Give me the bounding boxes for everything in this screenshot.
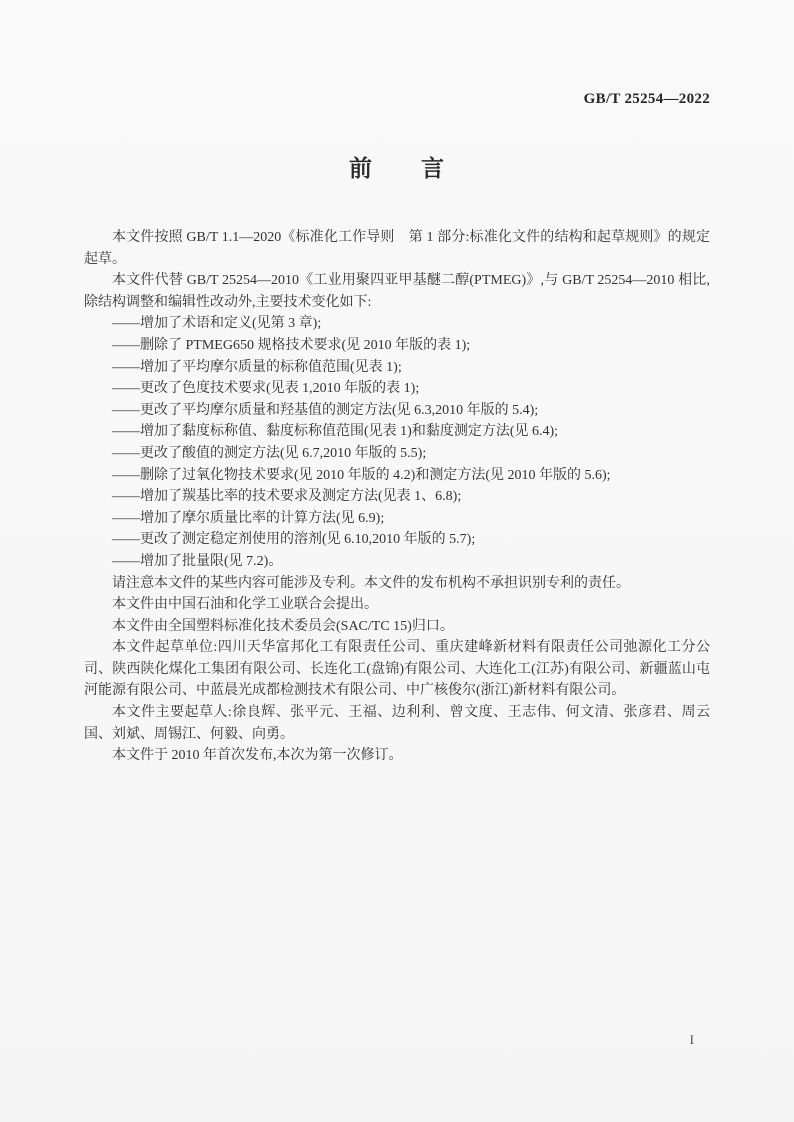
change-item: ——更改了平均摩尔质量和羟基值的测定方法(见 6.3,2010 年版的 5.4)… xyxy=(84,400,710,422)
page-number: I xyxy=(690,1032,694,1048)
change-item: ——增加了术语和定义(见第 3 章); xyxy=(84,313,710,335)
paragraph-committee: 本文件由全国塑料标准化技术委员会(SAC/TC 15)归口。 xyxy=(84,616,710,638)
change-item: ——删除了 PTMEG650 规格技术要求(见 2010 年版的表 1); xyxy=(84,335,710,357)
paragraph-drafting-organizations: 本文件起草单位:四川天华富邦化工有限责任公司、重庆建峰新材料有限责任公司弛源化工… xyxy=(84,637,710,702)
change-item: ——更改了酸值的测定方法(见 6.7,2010 年版的 5.5); xyxy=(84,443,710,465)
change-item: ——增加了羰基比率的技术要求及测定方法(见表 1、6.8); xyxy=(84,486,710,508)
page-title: 前 言 xyxy=(0,150,794,183)
change-item: ——删除了过氧化物技术要求(见 2010 年版的 4.2)和测定方法(见 201… xyxy=(84,465,710,487)
paragraph-proposed-by: 本文件由中国石油和化学工业联合会提出。 xyxy=(84,594,710,616)
change-item: ——增加了黏度标称值、黏度标称值范围(见表 1)和黏度测定方法(见 6.4); xyxy=(84,421,710,443)
change-item: ——增加了摩尔质量比率的计算方法(见 6.9); xyxy=(84,508,710,530)
change-item: ——增加了平均摩尔质量的标称值范围(见表 1); xyxy=(84,357,710,379)
paragraph-replaces: 本文件代替 GB/T 25254—2010《工业用聚四亚甲基醚二醇(PTMEG)… xyxy=(84,270,710,313)
change-item: ——增加了批量限(见 7.2)。 xyxy=(84,551,710,573)
foreword-body: 本文件按照 GB/T 1.1—2020《标准化工作导则 第 1 部分:标准化文件… xyxy=(84,227,710,767)
paragraph-drafters: 本文件主要起草人:徐良辉、张平元、王福、边利利、曾文度、王志伟、何文清、张彦君、… xyxy=(84,702,710,745)
standard-number: GB/T 25254—2022 xyxy=(584,91,710,108)
document-page: GB/T 25254—2022 前 言 本文件按照 GB/T 1.1—2020《… xyxy=(0,0,794,1122)
paragraph-scope: 本文件按照 GB/T 1.1—2020《标准化工作导则 第 1 部分:标准化文件… xyxy=(84,227,710,270)
change-item: ——更改了测定稳定剂使用的溶剂(见 6.10,2010 年版的 5.7); xyxy=(84,529,710,551)
paragraph-patent-notice: 请注意本文件的某些内容可能涉及专利。本文件的发布机构不承担识别专利的责任。 xyxy=(84,573,710,595)
paragraph-revision-history: 本文件于 2010 年首次发布,本次为第一次修订。 xyxy=(84,745,710,767)
change-item: ——更改了色度技术要求(见表 1,2010 年版的表 1); xyxy=(84,378,710,400)
